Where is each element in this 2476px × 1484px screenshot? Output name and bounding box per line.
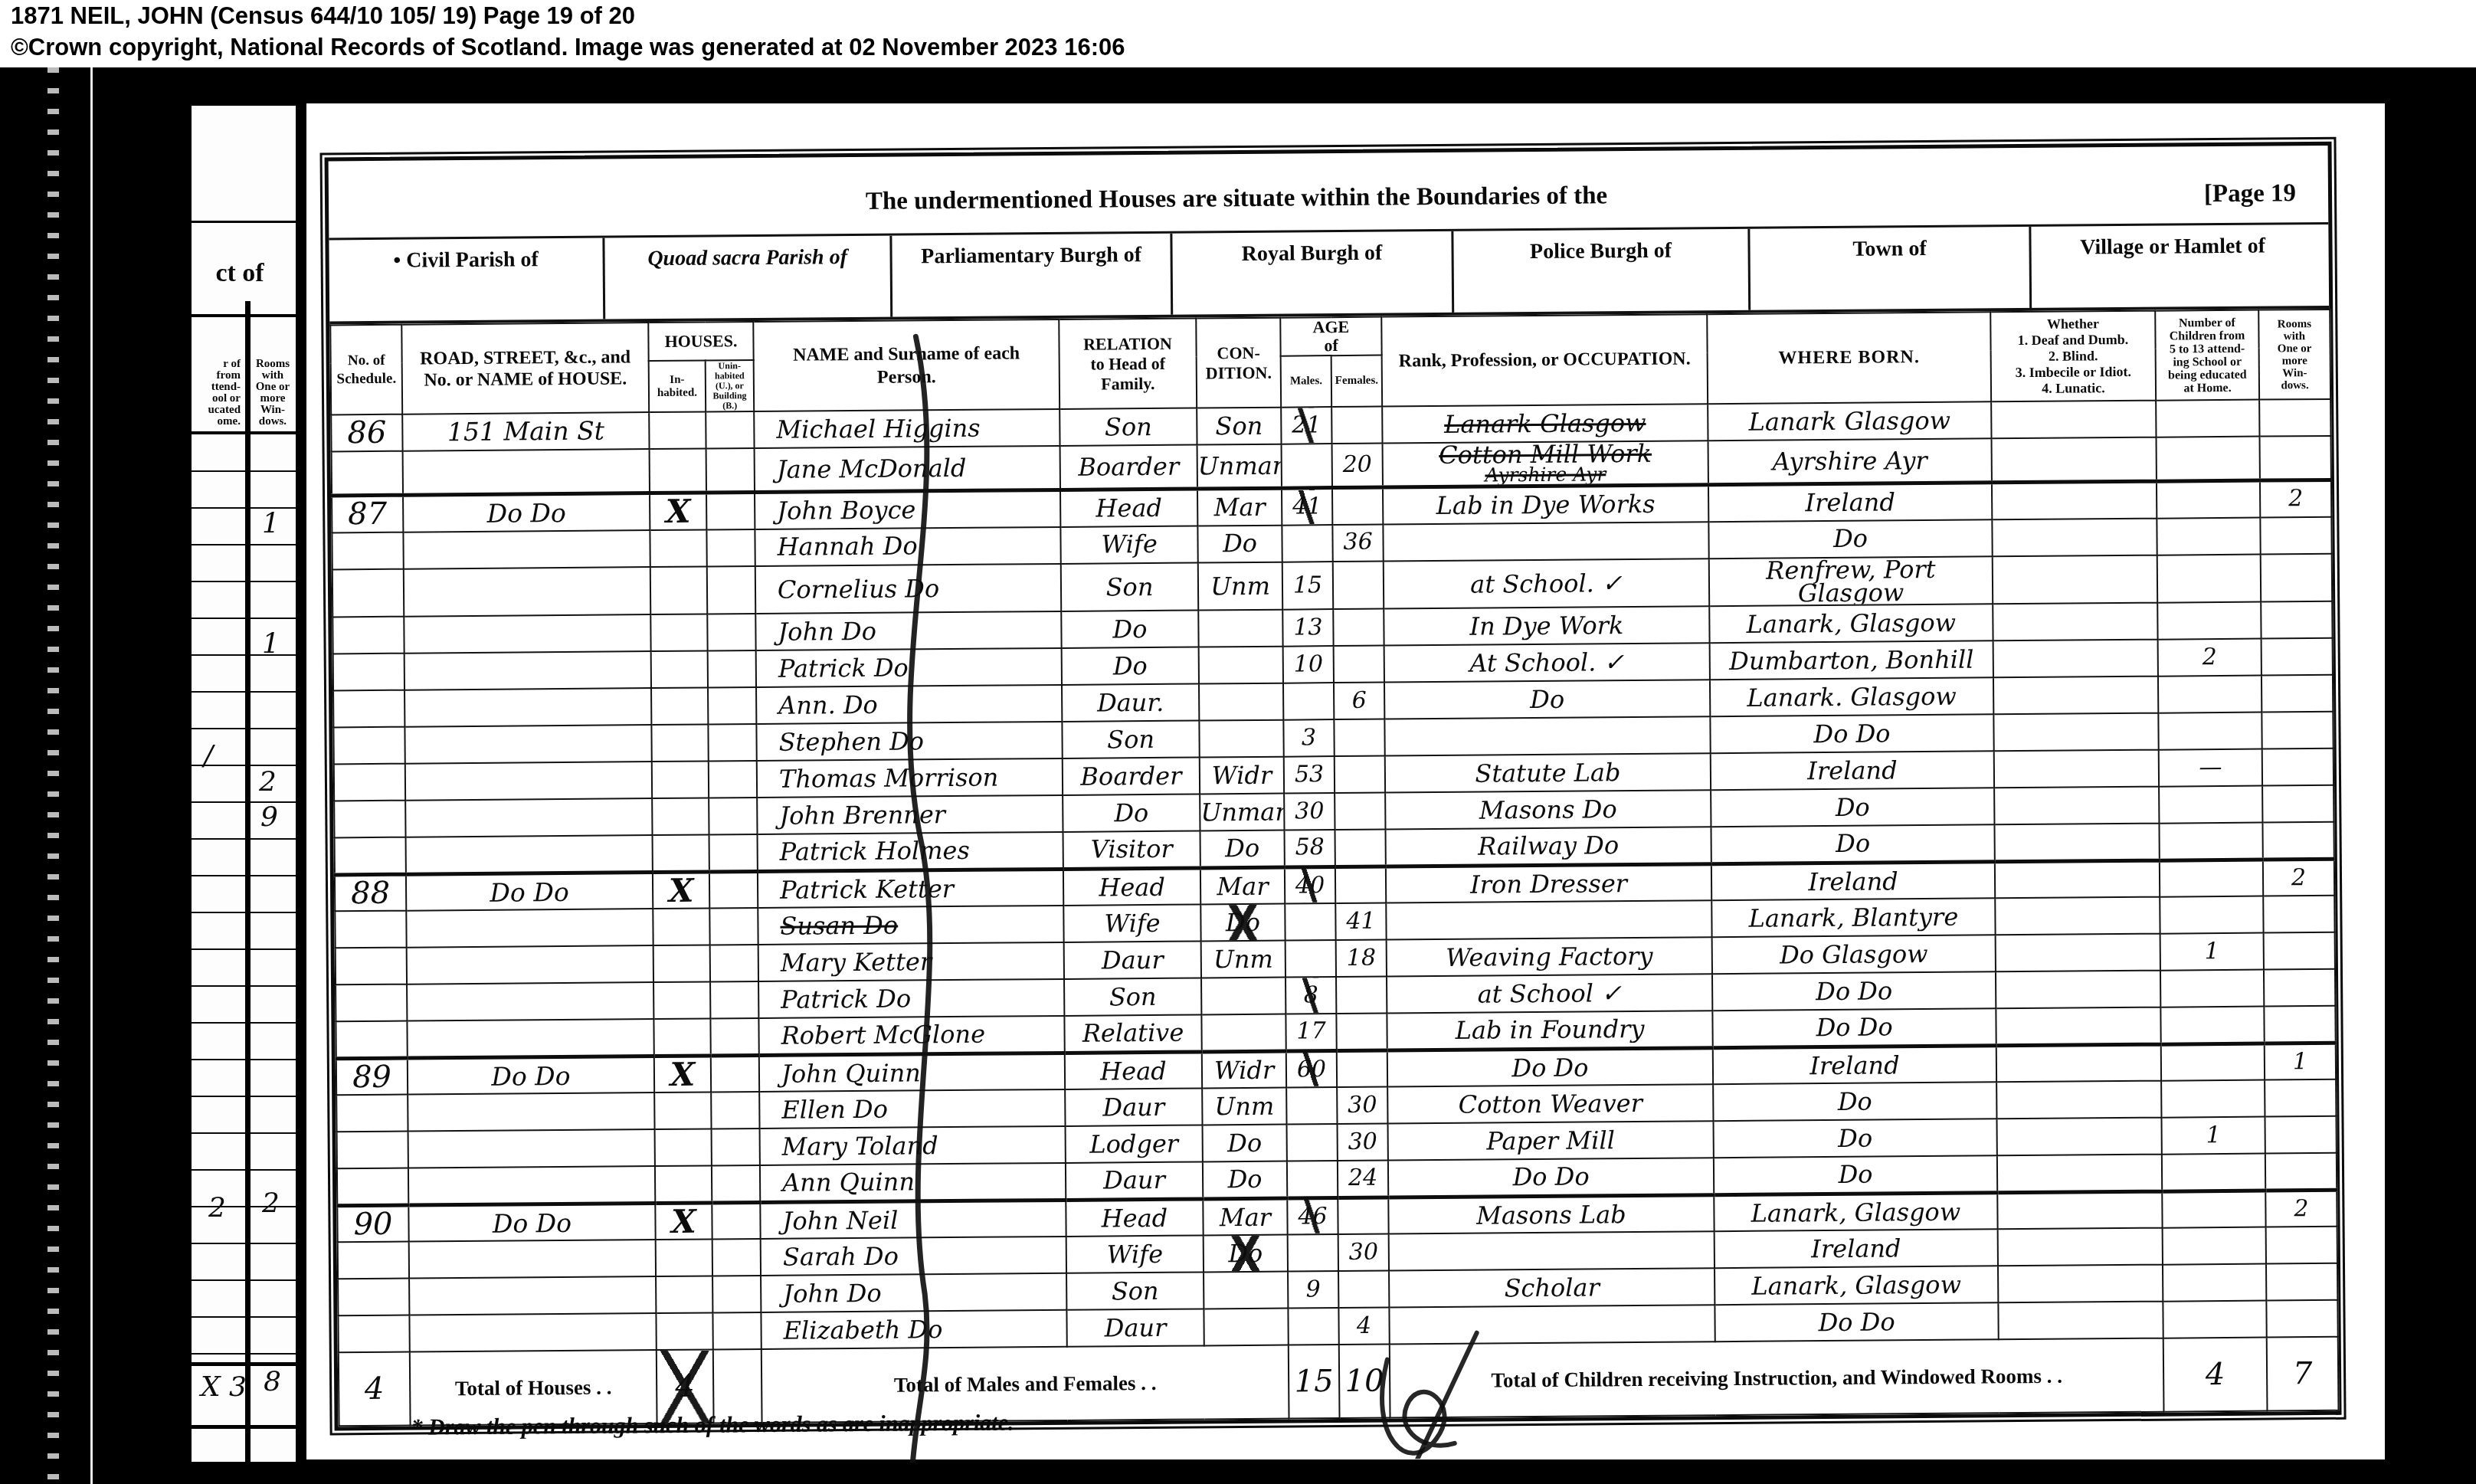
- form-title-band: The undermentioned Houses are situate wi…: [329, 146, 2329, 240]
- cell-name: Patrick Holmes: [758, 832, 1063, 871]
- cell-rooms: [2260, 436, 2331, 480]
- cell-relation: Son: [1066, 1273, 1204, 1310]
- col-header-name: NAME and Surname of each Person.: [753, 319, 1060, 411]
- cell-age-males: [1288, 1309, 1338, 1346]
- cell-inhabited: [653, 909, 709, 946]
- cell-relation: Head: [1060, 489, 1197, 526]
- cell-uninhabited: [711, 1055, 759, 1092]
- cell-name: Susan Do: [758, 906, 1063, 945]
- cell-road: [409, 1240, 656, 1279]
- cell-rooms: [2264, 1006, 2335, 1043]
- cell-rooms: [2263, 896, 2334, 933]
- cell-age-males: [1282, 444, 1332, 488]
- cell-uninhabited: [706, 529, 755, 566]
- cell-rooms: [2265, 1153, 2337, 1191]
- cell-children: [2161, 1043, 2265, 1081]
- col-header-age: AGE of: [1280, 317, 1381, 356]
- cell-schedule: [338, 1242, 409, 1279]
- cell-born: Lanark Glasgow: [1708, 401, 1991, 441]
- cell-schedule: [332, 617, 404, 654]
- fragment-number: 8: [264, 1366, 281, 1397]
- cell-whether: [1996, 1044, 2161, 1083]
- cell-occupation: Lab in Dye Works: [1383, 485, 1708, 524]
- cell-schedule: [338, 1315, 409, 1353]
- cell-relation: Daur.: [1062, 684, 1199, 722]
- fragment-rooms-header: Rooms with One or more Win- dows.: [251, 359, 294, 428]
- cell-name: John Boyce: [755, 490, 1060, 529]
- cell-children: [2158, 713, 2261, 750]
- cell-inhabited: [650, 449, 706, 493]
- fragment-children-header: r of from ttend- ool or ucated ome.: [192, 359, 241, 428]
- form-title: The undermentioned Houses are situate wi…: [329, 178, 2144, 221]
- cell-uninhabited: [711, 1092, 759, 1129]
- cell-whether: [1998, 1228, 2163, 1266]
- cell-schedule: [333, 727, 404, 765]
- cell-relation: Daur: [1065, 1089, 1202, 1126]
- cell-inhabited: [653, 835, 709, 873]
- cell-rooms: [2266, 1263, 2337, 1301]
- total-females-value: 10: [1339, 1345, 1390, 1419]
- cell-uninhabited: [712, 1239, 761, 1276]
- cell-condition: Unm: [1201, 941, 1285, 978]
- cell-rooms: 2: [2260, 480, 2331, 518]
- cell-whether: [1996, 1081, 2161, 1119]
- cell-road: [404, 567, 650, 617]
- cell-whether: [1998, 1302, 2163, 1340]
- cell-born: Do: [1713, 1083, 1996, 1122]
- cell-born: Do: [1708, 519, 1992, 559]
- cell-whether: [1993, 603, 2157, 641]
- cell-road: [404, 615, 650, 654]
- cell-age-males: 13: [1282, 610, 1333, 647]
- cell-rooms: [2261, 712, 2333, 749]
- cell-road: [409, 1314, 656, 1353]
- cell-condition: Mar: [1197, 488, 1282, 526]
- cell-born: Do Do: [1712, 972, 1996, 1011]
- cell-road: [403, 530, 650, 569]
- cell-children: [2163, 1264, 2266, 1302]
- cell-relation: Lodger: [1066, 1125, 1203, 1163]
- cell-occupation: Weaving Factory: [1387, 938, 1712, 977]
- cell-born: Do Do: [1712, 1009, 1996, 1048]
- cell-born: Ireland: [1715, 1230, 1998, 1269]
- cell-name: Hannah Do: [755, 527, 1060, 566]
- cell-road: [405, 762, 652, 801]
- cell-road: Do Do: [408, 1056, 654, 1096]
- cell-name: John Do: [761, 1273, 1066, 1312]
- cell-whether: [1997, 1118, 2162, 1156]
- cell-inhabited: [651, 688, 708, 726]
- cell-rooms: [2265, 1079, 2336, 1117]
- cell-children: —: [2159, 749, 2262, 787]
- cell-age-males: 3: [1283, 720, 1334, 758]
- cell-age-females: [1334, 719, 1384, 757]
- cell-schedule: 88: [335, 874, 406, 912]
- cell-condition: [1204, 1272, 1288, 1309]
- fragment-number: 2: [259, 766, 277, 798]
- cell-name: John Neil: [760, 1200, 1066, 1239]
- cell-uninhabited: [710, 981, 758, 1018]
- cell-inhabited: [654, 1093, 711, 1130]
- cell-born: Renfrew, Port Glasgow: [1709, 556, 1993, 607]
- cell-uninhabited: [712, 1129, 760, 1165]
- col-header-inhabited: In- habited.: [649, 361, 706, 413]
- cell-age-males: [1288, 1235, 1338, 1273]
- cell-rooms: [2266, 1300, 2337, 1338]
- cell-road: [407, 1020, 653, 1059]
- village-hamlet-header: Village or Hamlet of: [2031, 224, 2314, 308]
- cell-road: [404, 726, 651, 765]
- cell-age-females: 24: [1338, 1161, 1388, 1198]
- cell-schedule: [335, 911, 406, 948]
- cell-whether: [1993, 676, 2158, 715]
- cell-age-females: 30: [1337, 1087, 1387, 1125]
- cell-schedule: 86: [331, 414, 402, 452]
- cell-name: John Brenner: [757, 795, 1063, 834]
- cell-whether: [1997, 1155, 2162, 1193]
- cell-uninhabited: [708, 724, 756, 761]
- cell-age-males: 10: [1283, 647, 1334, 684]
- cell-schedule: [335, 837, 406, 875]
- cell-born: Do: [1711, 825, 1994, 864]
- cell-name: Mary Toland: [760, 1126, 1066, 1165]
- census-table: No. of Schedule. ROAD, STREET, &c., and …: [329, 309, 2339, 1427]
- cell-age-females: [1333, 561, 1384, 609]
- cell-inhabited: X: [653, 872, 709, 909]
- cell-born: Lanark. Glasgow: [1710, 678, 1993, 717]
- quoad-sacra-parish-header: Quoad sacra Parish of: [604, 236, 892, 319]
- cell-name: Ellen Do: [759, 1089, 1065, 1129]
- fragment-number: 1: [262, 508, 280, 539]
- film-edge-line: [90, 67, 93, 1484]
- cell-condition: [1201, 1014, 1285, 1052]
- cell-age-males: 58: [1285, 830, 1335, 868]
- cell-uninhabited: [712, 1312, 761, 1349]
- cell-uninhabited: [709, 834, 758, 871]
- cell-children: 1: [2161, 1117, 2265, 1155]
- cell-whether: [1993, 555, 2157, 604]
- total-rooms-value: 7: [2267, 1337, 2339, 1411]
- cell-name: Ann. Do: [756, 685, 1062, 724]
- fragment-column-divider: [245, 301, 251, 1462]
- cell-rooms: 2: [2265, 1190, 2337, 1227]
- cell-whether: [1997, 1191, 2162, 1230]
- cell-whether: [1991, 401, 2156, 439]
- col-header-children-school: Number of Children from 5 to 13 attend- …: [2155, 310, 2259, 401]
- cell-children: [2157, 602, 2261, 640]
- cell-born: Do Do: [1710, 715, 1993, 754]
- cell-uninhabited: [710, 945, 758, 981]
- census-form: The undermentioned Houses are situate wi…: [325, 142, 2342, 1431]
- cell-inhabited: [656, 1240, 712, 1277]
- cell-children: [2160, 896, 2263, 934]
- cell-relation: Visitor: [1063, 831, 1200, 869]
- cell-condition: [1199, 683, 1283, 721]
- page-number-marker: [Page 19: [2204, 179, 2296, 208]
- cell-occupation: Do Do: [1387, 1048, 1713, 1087]
- cell-schedule: [334, 764, 405, 801]
- cell-schedule: 89: [336, 1058, 408, 1096]
- cell-relation: Wife: [1063, 905, 1200, 942]
- cell-age-females: [1332, 487, 1383, 525]
- cell-road: Do Do: [406, 873, 653, 912]
- cell-relation: Wife: [1060, 526, 1197, 563]
- cell-age-males: 40: [1285, 867, 1335, 905]
- cell-relation: Daur: [1066, 1309, 1204, 1347]
- cell-relation: Do: [1062, 647, 1199, 685]
- table-body: 86151 Main StMichael HigginsSonSon21Lana…: [331, 399, 2338, 1353]
- cell-schedule: [336, 984, 407, 1022]
- cell-age-males: 21: [1281, 407, 1331, 444]
- cell-occupation: Do Do: [1388, 1158, 1714, 1197]
- cell-condition: Unmar: [1197, 444, 1282, 490]
- cell-relation: Daur: [1066, 1162, 1203, 1200]
- cell-name: Elizabeth Do: [761, 1310, 1066, 1349]
- cell-schedule: [334, 801, 405, 838]
- cell-age-males: 17: [1285, 1014, 1336, 1052]
- fragment-number: 2: [262, 1188, 280, 1219]
- cell-inhabited: [650, 614, 707, 652]
- cell-relation: Daur: [1064, 942, 1201, 979]
- cell-condition: Unm: [1202, 1088, 1286, 1125]
- cell-schedule: [336, 1095, 408, 1132]
- col-header-road: ROAD, STREET, &c., and No. or NAME of HO…: [401, 323, 649, 414]
- cell-born: Ayrshire Ayr: [1708, 438, 1992, 485]
- col-header-rooms-windows: Rooms with One or more Win- dows.: [2258, 310, 2330, 400]
- cell-uninhabited: [712, 1165, 760, 1202]
- cell-road: [407, 983, 653, 1022]
- cell-age-females: [1336, 1014, 1387, 1051]
- table-header: No. of Schedule. ROAD, STREET, &c., and …: [330, 310, 2330, 414]
- col-header-condition: CON- DITION.: [1196, 318, 1281, 408]
- cell-inhabited: [649, 412, 706, 450]
- cell-children: [2160, 970, 2264, 1007]
- cell-condition: Widr: [1202, 1051, 1286, 1089]
- cell-uninhabited: [709, 761, 757, 798]
- cell-occupation: Iron Dresser: [1386, 864, 1711, 903]
- col-header-uninhabited: Unin- habited (U.), or Building (B.): [706, 360, 755, 411]
- cell-condition: [1204, 1309, 1288, 1346]
- cell-occupation: [1389, 1232, 1715, 1271]
- cell-relation: Do: [1061, 611, 1198, 648]
- cell-name: John Do: [755, 611, 1061, 650]
- copyright-line: ©Crown copyright, National Records of Sc…: [0, 31, 2476, 63]
- cell-children: [2157, 517, 2260, 555]
- cell-born: Lanark, Blantyre: [1711, 899, 1995, 938]
- cell-schedule: [338, 1279, 409, 1316]
- cell-uninhabited: [706, 411, 754, 448]
- cell-born: Do Do: [1715, 1303, 1998, 1342]
- cell-condition: Do: [1203, 1161, 1287, 1199]
- cell-age-females: [1335, 830, 1386, 867]
- cell-name: Robert McGlone: [758, 1016, 1064, 1055]
- cell-inhabited: [655, 1166, 712, 1204]
- cell-condition: [1199, 647, 1283, 684]
- cell-relation: Do: [1063, 794, 1200, 832]
- fragment-cut-label: ct of: [192, 259, 288, 288]
- cell-schedule: [337, 1132, 408, 1169]
- cell-occupation: In Dye Work: [1384, 607, 1709, 646]
- cell-born: Ireland: [1711, 862, 1995, 901]
- cell-condition: Do: [1200, 830, 1285, 868]
- cell-born: Do: [1711, 788, 1994, 827]
- cell-road: [408, 1130, 655, 1169]
- cell-inhabited: [653, 1019, 710, 1056]
- cell-name: Stephen Do: [756, 722, 1062, 761]
- cell-occupation: Lanark Glasgow: [1382, 404, 1708, 443]
- cell-road: [408, 1167, 655, 1206]
- cell-schedule: [333, 654, 404, 691]
- police-burgh-header: Police Burgh of: [1453, 229, 1751, 313]
- cell-whether: [1993, 713, 2158, 752]
- cell-age-males: 46: [1287, 1198, 1338, 1236]
- cell-age-males: [1285, 941, 1336, 978]
- cell-whether: [1996, 971, 2160, 1009]
- cell-occupation: Cotton Weaver: [1387, 1085, 1713, 1124]
- cell-born: Ireland: [1708, 483, 1992, 522]
- cell-rooms: [2265, 1116, 2336, 1154]
- cell-born: Do Glasgow: [1712, 935, 1996, 975]
- cell-whether: [1996, 934, 2160, 972]
- cell-condition: Do: [1203, 1125, 1287, 1162]
- fragment-number: /: [204, 740, 213, 771]
- cell-condition: Unmar: [1200, 794, 1284, 831]
- cell-born: Lanark, Glasgow: [1709, 604, 1993, 644]
- cell-age-males: 60: [1286, 1051, 1337, 1089]
- cell-born: Lanark, Glasgow: [1715, 1266, 1998, 1305]
- cell-age-females: 30: [1338, 1124, 1388, 1161]
- fragment-number: 1: [262, 628, 280, 660]
- cell-age-males: [1286, 1088, 1337, 1125]
- cell-born: Do: [1714, 1119, 1997, 1158]
- cell-children: [2163, 1301, 2266, 1338]
- cell-road: [406, 836, 653, 875]
- cell-age-females: [1335, 793, 1385, 830]
- civil-parish-header: • Civil Parish of: [329, 238, 605, 322]
- cell-age-females: 20: [1332, 444, 1383, 488]
- cell-children: [2161, 1080, 2265, 1118]
- cell-relation: Son: [1064, 978, 1201, 1016]
- col-header-where-born: WHERE BORN.: [1707, 312, 1991, 404]
- cell-condition: Son: [1197, 408, 1281, 445]
- cell-road: [403, 449, 650, 495]
- cell-whether: [1992, 437, 2157, 483]
- royal-burgh-header: Royal Burgh of: [1172, 231, 1454, 315]
- cell-children: [2160, 860, 2263, 897]
- cell-children: [2160, 1007, 2264, 1044]
- cell-name: Michael Higgins: [754, 409, 1060, 448]
- cell-schedule: [333, 690, 404, 728]
- cell-inhabited: [652, 762, 709, 799]
- cell-age-males: 53: [1284, 757, 1335, 794]
- cell-schedule: [332, 451, 403, 496]
- viewer-header: 1871 NEIL, JOHN (Census 644/10 105/ 19) …: [0, 0, 2476, 67]
- cell-uninhabited: [706, 493, 755, 529]
- cell-road: Do Do: [403, 493, 650, 532]
- cell-condition: Do: [1197, 525, 1282, 562]
- cell-age-females: [1336, 977, 1387, 1014]
- cell-relation: Son: [1061, 562, 1198, 611]
- cell-whether: [1994, 787, 2159, 825]
- cell-rooms: 1: [2265, 1043, 2336, 1080]
- cell-uninhabited: [707, 614, 755, 650]
- cell-occupation: Lab in Foundry: [1387, 1011, 1712, 1050]
- cell-born: Dumbarton, Bonhill: [1710, 641, 1993, 680]
- cell-uninhabited: [709, 798, 757, 834]
- document-title: 1871 NEIL, JOHN (Census 644/10 105/ 19) …: [0, 0, 2476, 31]
- cell-rooms: [2262, 785, 2334, 823]
- cell-uninhabited: [708, 650, 756, 687]
- cell-occupation: Do: [1384, 680, 1710, 719]
- cell-age-females: 30: [1338, 1234, 1389, 1272]
- cell-rooms: [2261, 675, 2333, 713]
- cell-name: Mary Ketter: [758, 942, 1064, 981]
- cell-uninhabited: [708, 687, 756, 724]
- cell-inhabited: [651, 725, 708, 762]
- cell-rooms: [2266, 1227, 2337, 1264]
- cell-relation: Relative: [1064, 1015, 1201, 1053]
- cell-inhabited: [656, 1276, 712, 1314]
- cell-children: [2156, 400, 2259, 437]
- previous-page-fragment: ct of r of from ttend- ool or ucated ome…: [192, 106, 296, 1462]
- cell-children: [2157, 554, 2261, 603]
- cell-occupation: Scholar: [1389, 1269, 1715, 1308]
- cell-occupation: Statute Lab: [1385, 754, 1711, 793]
- cell-schedule: 90: [337, 1205, 408, 1243]
- cell-age-males: [1287, 1161, 1338, 1199]
- cell-road: [406, 909, 653, 948]
- cell-whether: [1992, 518, 2157, 556]
- cell-uninhabited: [707, 566, 756, 614]
- cell-whether: [1998, 1265, 2163, 1303]
- cell-rooms: [2259, 399, 2330, 437]
- cell-occupation: [1384, 717, 1710, 756]
- cell-occupation: [1383, 522, 1708, 561]
- cell-rooms: 2: [2263, 859, 2334, 896]
- cell-occupation: Masons Lab: [1388, 1195, 1714, 1234]
- cell-inhabited: [653, 982, 710, 1020]
- col-header-relation: RELATION to Head of Family.: [1059, 319, 1197, 409]
- cell-age-males: [1285, 904, 1335, 942]
- cell-children: 2: [2158, 639, 2261, 676]
- cell-schedule: [332, 532, 403, 569]
- cell-relation: Boarder: [1063, 758, 1200, 795]
- cell-age-females: [1337, 1050, 1387, 1088]
- cell-uninhabited: [710, 1018, 758, 1055]
- cell-occupation: at School. ✓: [1384, 559, 1709, 609]
- cell-age-males: 15: [1282, 562, 1333, 610]
- cell-road: [405, 799, 652, 838]
- cell-rooms: [2261, 601, 2332, 639]
- cell-children: [2158, 676, 2261, 713]
- cell-children: [2162, 1191, 2265, 1228]
- film-edge-marks: [47, 67, 59, 1484]
- cell-age-females: 18: [1336, 940, 1387, 978]
- cell-whether: [1994, 750, 2159, 788]
- cell-condition: [1199, 720, 1283, 758]
- cell-occupation: [1386, 901, 1711, 940]
- cell-age-males: [1287, 1125, 1338, 1162]
- cell-road: Do Do: [408, 1204, 655, 1243]
- fragment-number: 2: [208, 1192, 226, 1224]
- cell-occupation: Paper Mill: [1388, 1122, 1714, 1161]
- cell-rooms: [2264, 969, 2335, 1007]
- cell-relation: Son: [1062, 721, 1199, 758]
- cell-children: [2163, 1227, 2266, 1265]
- total-houses-schedule-value: 4: [339, 1352, 411, 1427]
- fragment-row-lines: [192, 435, 296, 1364]
- cell-uninhabited: [712, 1202, 760, 1239]
